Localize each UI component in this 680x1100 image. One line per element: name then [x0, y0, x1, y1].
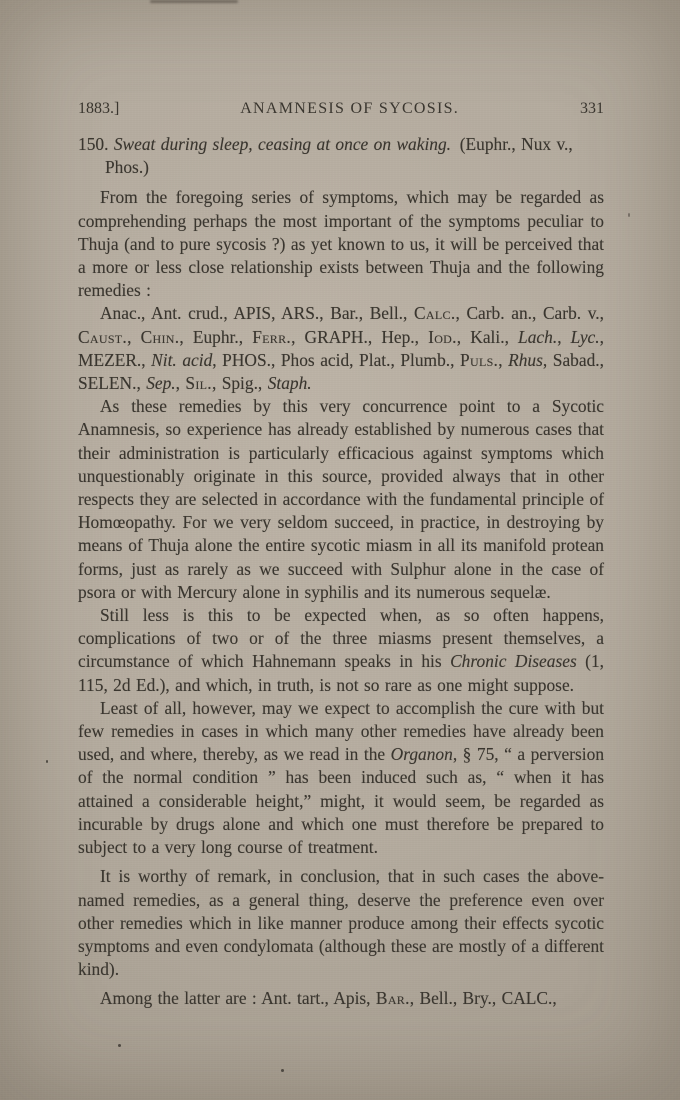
scan-artifact-smudge — [150, 0, 238, 3]
paragraph-least-of-all: Least of all, however, may we expect to … — [78, 697, 604, 859]
header-year: 1883.] — [78, 100, 119, 118]
paragraph-remedy-list: Anac., Ant. crud., APIS, ARS., Bar., Bel… — [78, 302, 604, 395]
book-page-text-block: 1883.] ANAMNESIS OF SYCOSIS. 331 150. Sw… — [78, 100, 604, 1011]
scan-artifact-speck — [46, 760, 48, 763]
paragraph-worthy-of-remark: It is worthy of remark, in conclusion, t… — [78, 865, 604, 981]
paragraph-among-the-latter: Among the latter are : Ant. tart., Apis,… — [78, 987, 604, 1010]
running-header: 1883.] ANAMNESIS OF SYCOSIS. 331 — [78, 100, 604, 118]
paragraph-still-less: Still less is this to be expected when, … — [78, 604, 604, 697]
scan-artifact-speck — [118, 1044, 121, 1047]
scan-artifact-speck — [628, 213, 630, 217]
paragraph-sycotic-anamnesis: As these remedies by this very concurren… — [78, 395, 604, 604]
header-page-number: 331 — [580, 100, 604, 118]
scan-artifact-speck — [281, 1069, 284, 1072]
paragraph-foregoing-symptoms: From the foregoing series of symptoms, w… — [78, 186, 604, 302]
scanned-book-page: { "colors": { "paper": "#b5ac9f", "ink":… — [0, 0, 680, 1100]
header-title: ANAMNESIS OF SYCOSIS. — [240, 100, 459, 118]
symptom-entry-150: 150. Sweat during sleep, ceasing at once… — [78, 133, 604, 179]
